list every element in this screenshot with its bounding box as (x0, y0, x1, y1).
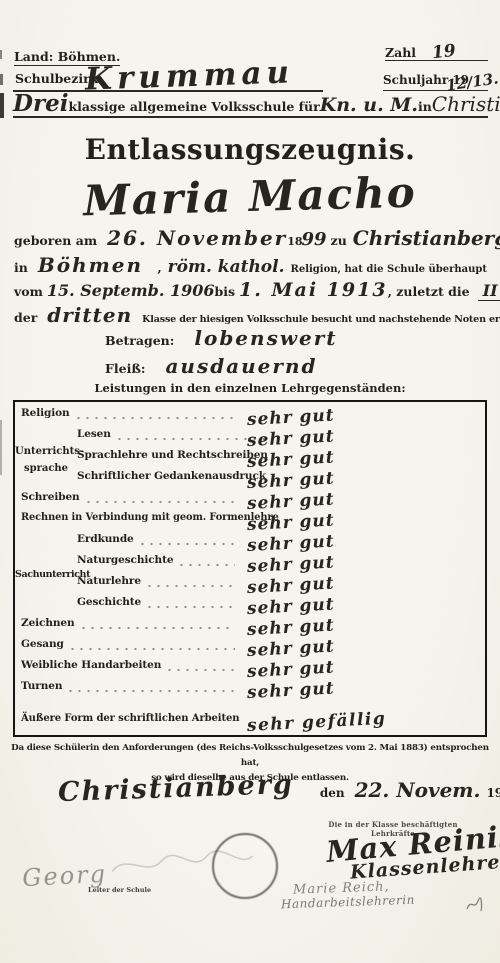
grades-table: Religion sehr gut Unterrichts- sprache L… (13, 400, 487, 737)
group-rows: Lesen sehr gut Sprachlehre und Rechtschr… (77, 428, 487, 491)
table-row: Gesang sehr gut (15, 638, 485, 659)
zahl-label: Zahl (385, 45, 416, 60)
scan-edge-artifact (0, 420, 2, 475)
row-label: Naturgeschichte (77, 554, 173, 566)
row-label: Zeichnen (21, 617, 75, 629)
school-place-handwritten: Christianberg (432, 92, 500, 116)
table-row: Sprachlehre und Rechtschreiben sehr gut (77, 449, 487, 470)
der-label: der (14, 310, 37, 325)
table-row: Schreiben sehr gut (15, 491, 485, 512)
row-label: Schriftlicher Gedankenausdruck (77, 470, 266, 482)
dotted-leader (148, 605, 235, 609)
dotted-leader (148, 584, 235, 588)
zahl-value: 19 (431, 41, 457, 63)
row-label: Naturlehre (77, 575, 141, 587)
dotted-leader (180, 563, 235, 567)
zuletzt-printed: , zuletzt die (388, 284, 470, 299)
table-row: Turnen sehr gut (15, 680, 485, 701)
date-line: Christianberg den 22. Novem. 19 13 . (58, 773, 500, 804)
school-for-handwritten: Kn. u. M. (320, 94, 418, 116)
certificate-document: Land: Böhmen. Zahl 19 Schulbezirk: Krumm… (0, 0, 500, 963)
birth-date-handwritten: 26. November (107, 226, 287, 250)
group-label-line: sprache (15, 460, 77, 477)
group-label-sachunterricht: Sachunterricht (15, 533, 77, 617)
table-row: Äußere Form der schriftlichen Arbeiten s… (15, 713, 485, 735)
attendance-from-handwritten: 15. Septemb. 1906 (47, 281, 215, 300)
schulbezirk-field: Schulbezirk: Krummau (13, 56, 323, 92)
group-label-unterrichtssprache: Unterrichts- sprache (15, 428, 77, 491)
group-unterrichtssprache: Unterrichts- sprache Lesen sehr gut Spra… (15, 428, 485, 491)
row-label: Äußere Form der schriftlichen Arbeiten (21, 713, 239, 724)
class-handwritten: dritten (47, 303, 132, 327)
dismissal-line1: Da diese Schülerin den Anforderungen (de… (4, 741, 496, 771)
pen-flourish (106, 844, 257, 882)
betragen-label: Betragen: (105, 333, 174, 348)
certificate-title: Entlassungszeugnis. (0, 133, 500, 166)
born-label: geboren am (14, 233, 97, 248)
zahl-field: Zahl 19 (385, 38, 488, 61)
school-type-printed: klassige allgemeine Volksschule für (68, 99, 319, 114)
group-label-line: Sachunterricht (15, 567, 77, 583)
comma-printed: , (157, 260, 161, 275)
table-row: Lesen sehr gut (77, 428, 487, 449)
attendance-to-handwritten: 1. Mai 1913 (239, 279, 388, 301)
row-label: Gesang (21, 638, 64, 650)
group-sachunterricht: Sachunterricht Erdkunde sehr gut Naturge… (15, 533, 485, 617)
bis-label: bis (215, 284, 236, 299)
student-name: Maria Macho (0, 165, 500, 227)
region-handwritten: Böhmen (38, 253, 143, 277)
in-label: in (14, 260, 28, 275)
fleiss-label: Fleiß: (105, 361, 145, 376)
fleiss-field: Fleiß: ausdauernd (105, 354, 317, 378)
table-row: Weibliche Handarbeiten sehr gut (15, 659, 485, 680)
den-label: den (320, 786, 345, 800)
row-label: Sprachlehre und Rechtschreiben (77, 449, 268, 461)
region-religion-line: in Böhmen , röm. kathol. Religion, hat d… (14, 253, 487, 277)
betragen-grade: lobenswert (194, 326, 337, 350)
birth-year-handwritten: 99 (302, 229, 327, 250)
table-row: Erdkunde sehr gut (77, 533, 485, 554)
scan-edge-artifact (0, 74, 3, 85)
scan-edge-artifact (0, 93, 4, 118)
scan-edge-artifact (0, 50, 2, 59)
religion-printed: Religion, hat die Schule überhaupt (291, 264, 487, 275)
pen-mark (464, 896, 484, 914)
table-row: Schriftlicher Gedankenausdruck sehr gut (77, 470, 487, 491)
dotted-leader (141, 542, 235, 546)
table-row: Zeichnen sehr gut (15, 617, 485, 638)
row-label: Erdkunde (77, 533, 134, 545)
table-row: Rechnen in Verbindung mit geom. Formenle… (15, 512, 485, 533)
grade-value: sehr gut (246, 678, 335, 703)
zu-label: zu (331, 233, 347, 248)
head-caption: Leiter der Schule (88, 886, 151, 894)
row-label: Weibliche Handarbeiten (21, 659, 161, 671)
dotted-leader (69, 689, 235, 693)
class-printed: Klasse der hiesigen Volksschule besucht … (142, 314, 500, 325)
row-label: Schreiben (21, 491, 80, 503)
dotted-leader (87, 500, 235, 504)
school-type-handwritten: Drei (13, 90, 68, 117)
row-label: Turnen (21, 680, 62, 692)
table-row: Naturgeschichte sehr gut (77, 554, 485, 575)
row-label: Geschichte (77, 596, 141, 608)
school-in-printed: in (418, 99, 432, 114)
schuljahr-field: Schuljahr 19 12/13. (383, 64, 488, 91)
signature-place-handwritten: Christianberg (58, 769, 295, 808)
table-row: Geschichte sehr gut (77, 596, 485, 617)
group-rows: Erdkunde sehr gut Naturgeschichte sehr g… (77, 533, 485, 617)
betragen-field: Betragen: lobenswert (105, 326, 338, 350)
vom-label: vom (14, 284, 43, 299)
birth-year-printed: 18 (287, 235, 302, 248)
attendance-line: vom 15. Septemb. 1906 bis 1. Mai 1913 , … (14, 279, 487, 301)
table-row: Religion sehr gut (15, 407, 485, 428)
religion-handwritten: röm. kathol. (168, 257, 285, 277)
abteilung-handwritten: II (478, 281, 500, 301)
date-handwritten: 22. Novem. (355, 778, 481, 802)
table-row: Naturlehre sehr gut (77, 575, 485, 596)
date-year-printed: 19 (486, 786, 500, 800)
school-name-line: Drei klassige allgemeine Volksschule für… (13, 90, 488, 118)
dotted-leader (168, 668, 235, 672)
fleiss-grade: ausdauernd (165, 354, 317, 378)
class-line: der dritten Klasse der hiesigen Volkssch… (14, 303, 487, 327)
birthplace-handwritten: Christianberg (353, 226, 500, 250)
dotted-leader (77, 416, 235, 420)
row-label: Rechnen in Verbindung mit geom. Formenle… (21, 512, 279, 523)
dotted-leader (71, 647, 235, 651)
group-label-line: Unterrichts- (15, 443, 77, 460)
grades-heading: Leistungen in den einzelnen Lehrgegenstä… (0, 381, 500, 395)
grade-value: sehr gefällig (246, 709, 386, 736)
row-label: Lesen (77, 428, 111, 440)
birth-line: geboren am 26. November 18 99 zu Christi… (14, 226, 487, 250)
dotted-leader (82, 626, 235, 630)
row-label: Religion (21, 407, 70, 419)
